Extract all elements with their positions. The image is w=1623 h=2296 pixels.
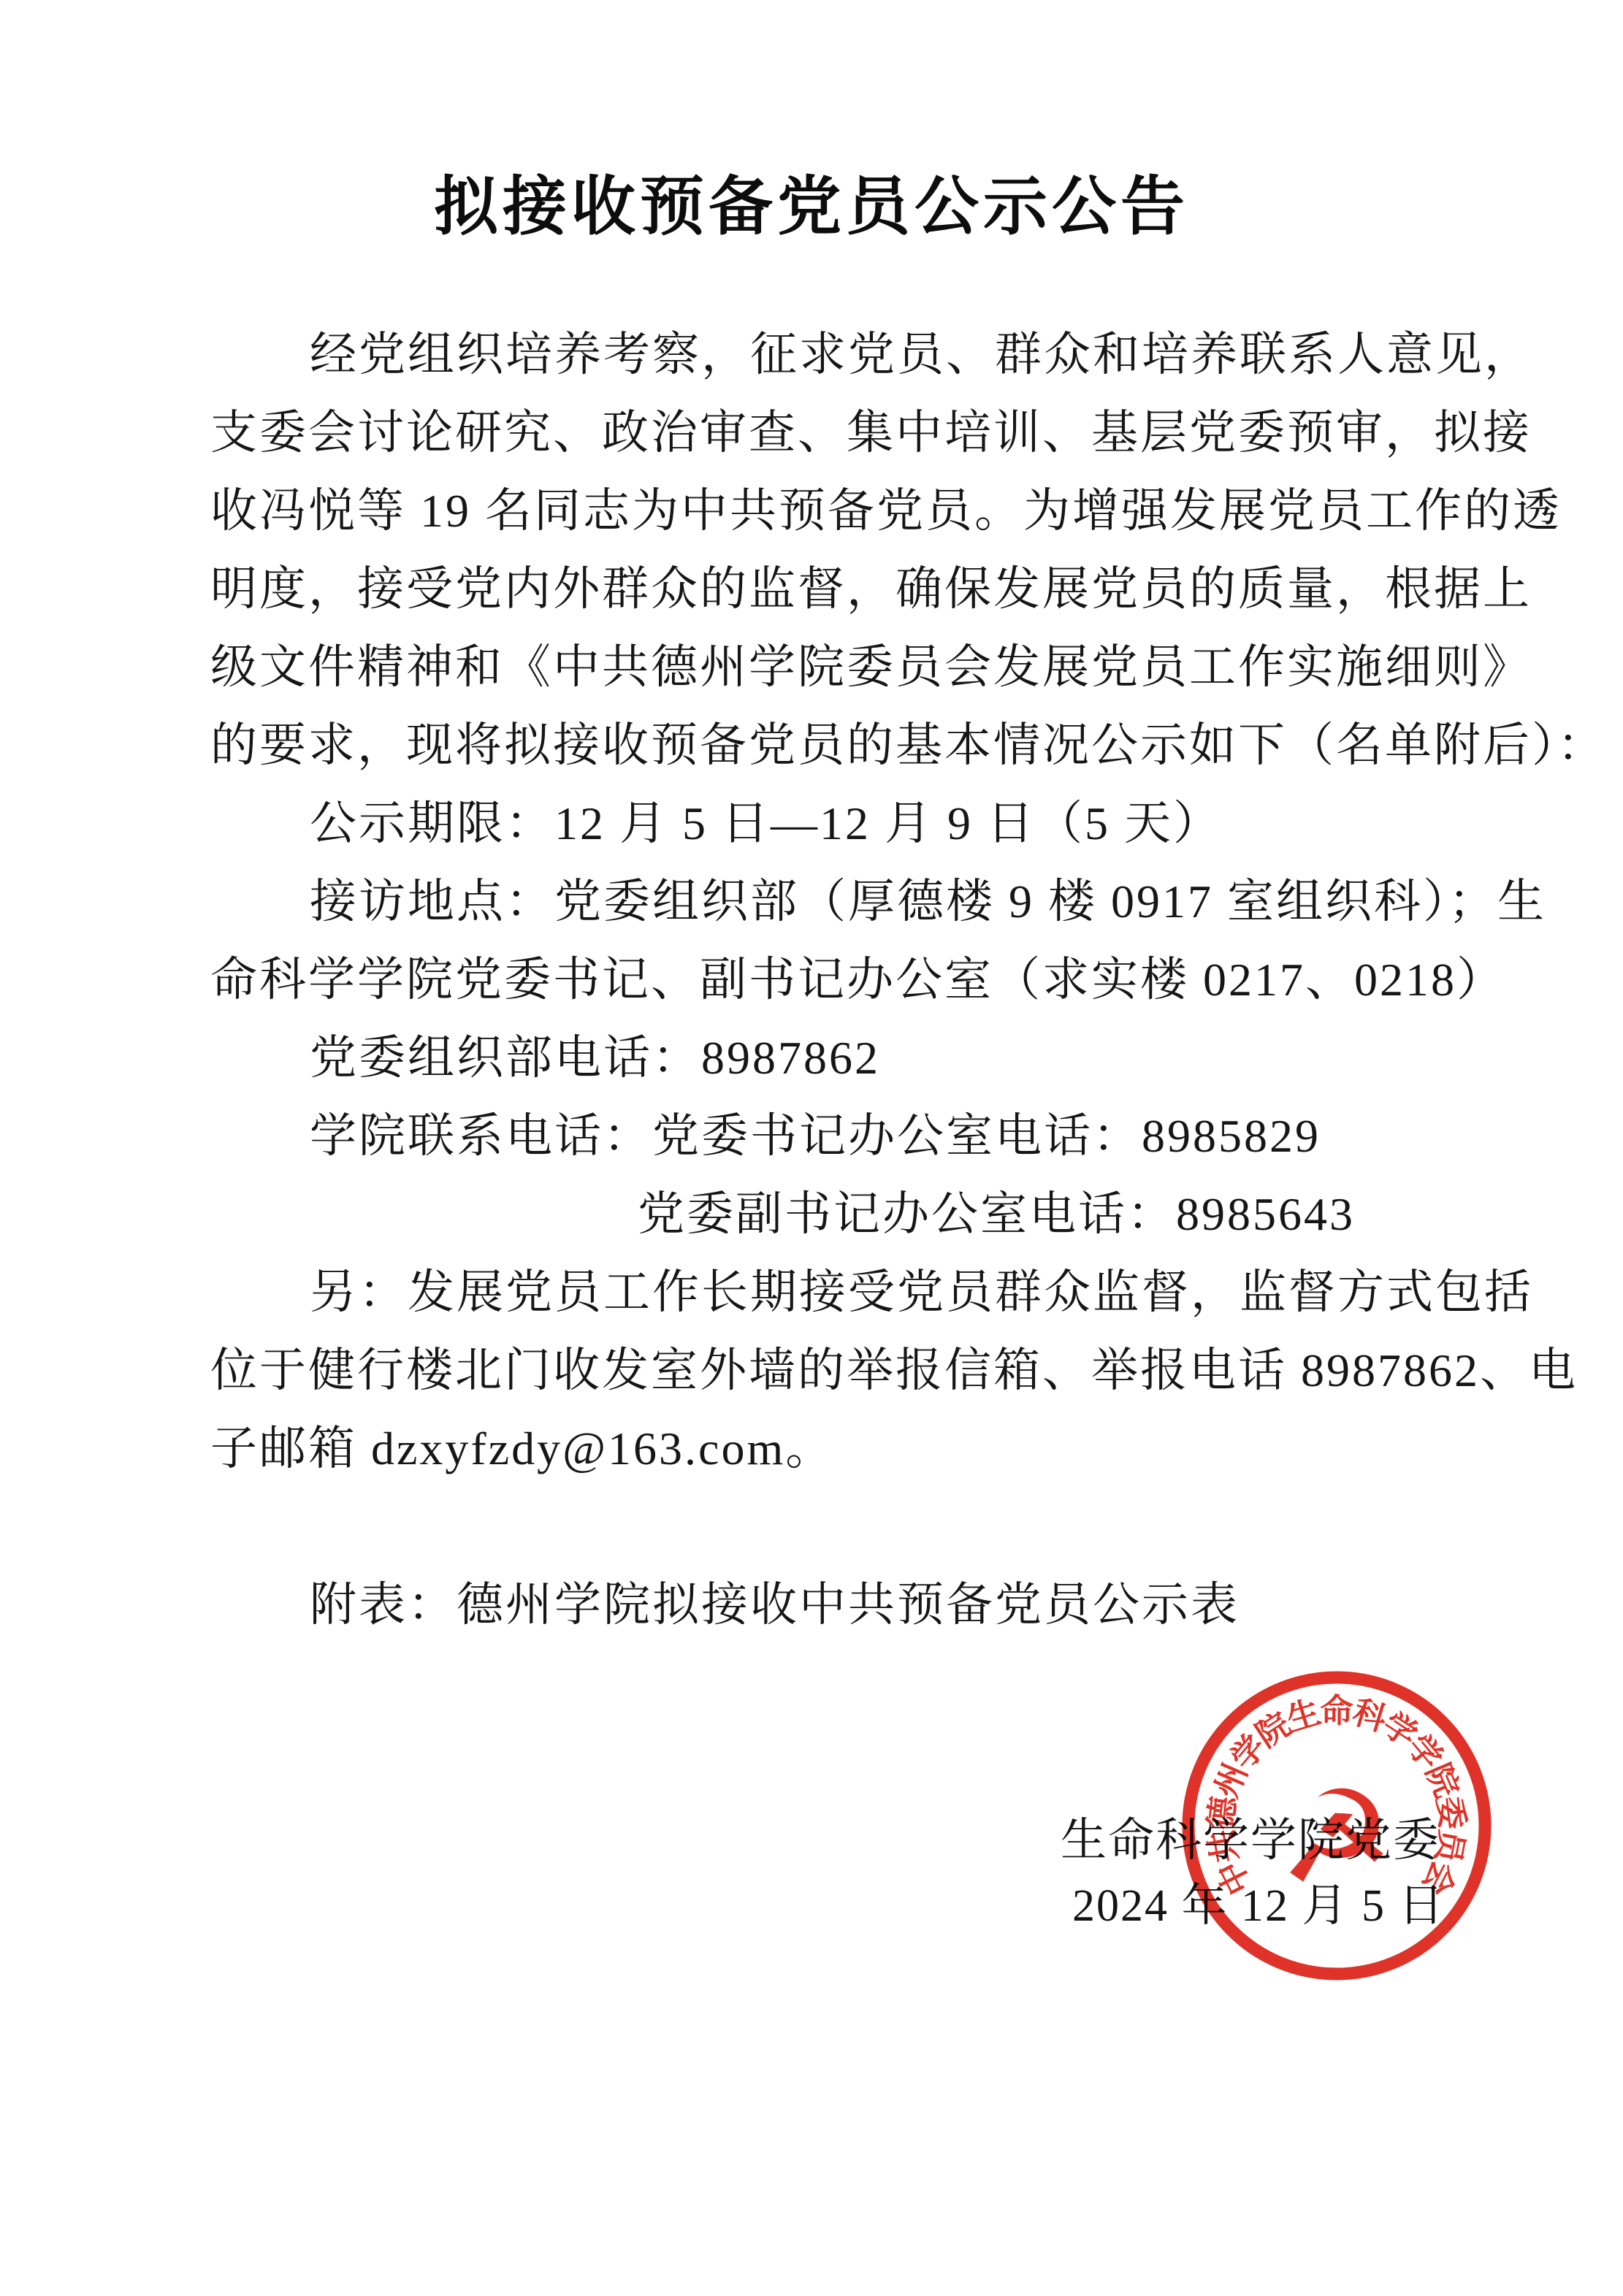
body-line: 经党组织培养考察，征求党员、群众和培养联系人意见， <box>210 315 1423 394</box>
body-line-blank <box>210 1488 1423 1566</box>
body-line: 的要求，现将拟接收预备党员的基本情况公示如下（名单附后）： <box>210 706 1423 784</box>
body-line: 收冯悦等 19 名同志为中共预备党员。为增强发展党员工作的透 <box>210 472 1423 550</box>
body-line: 支委会讨论研究、政治审查、集中培训、基层党委预审，拟接 <box>210 394 1423 472</box>
body-line-publicity-period: 公示期限：12 月 5 日—12 月 9 日（5 天） <box>210 784 1423 862</box>
body-line-deputy-secretary-phone: 党委副书记办公室电话：8985643 <box>210 1175 1423 1253</box>
body-line-supervision: 另：发展党员工作长期接受党员群众监督，监督方式包括 <box>210 1253 1423 1331</box>
seal-arc-char: 委 <box>1431 1794 1471 1831</box>
official-seal: ☭ 中共德州学院生命科学学院委员会 <box>1165 1654 1508 1997</box>
body-line-reception-location: 接访地点：党委组织部（厚德楼 9 楼 0917 室组织科）；生 <box>210 862 1423 941</box>
body-line: 级文件精神和《中共德州学院委员会发展党员工作实施细则》 <box>210 628 1423 706</box>
document-title: 拟接收预备党员公示公告 <box>0 164 1623 252</box>
body-line-attachment: 附表：德州学院拟接收中共预备党员公示表 <box>210 1566 1423 1644</box>
seal-arc-char: 共 <box>1203 1826 1245 1865</box>
hammer-and-sickle-icon: ☭ <box>1280 1764 1394 1913</box>
document-body: 经党组织培养考察，征求党员、群众和培养联系人意见， 支委会讨论研究、政治审查、集… <box>210 315 1423 1644</box>
body-line-org-dept-phone: 党委组织部电话：8987862 <box>210 1019 1423 1097</box>
seal-arc-char: 命 <box>1320 1693 1353 1729</box>
body-line-college-phone: 学院联系电话：党委书记办公室电话：8985829 <box>210 1097 1423 1175</box>
body-line: 位于健行楼北门收发室外墙的举报信箱、举报电话 8987862、电 <box>210 1331 1423 1409</box>
body-line-email: 子邮箱 dzxyfzdy@163.com。 <box>210 1409 1423 1488</box>
body-line: 命科学学院党委书记、副书记办公室（求实楼 0217、0218） <box>210 941 1423 1019</box>
body-line: 明度，接受党内外群众的监督，确保发展党员的质量，根据上 <box>210 550 1423 628</box>
document-page: 拟接收预备党员公示公告 经党组织培养考察，征求党员、群众和培养联系人意见， 支委… <box>0 0 1623 2296</box>
